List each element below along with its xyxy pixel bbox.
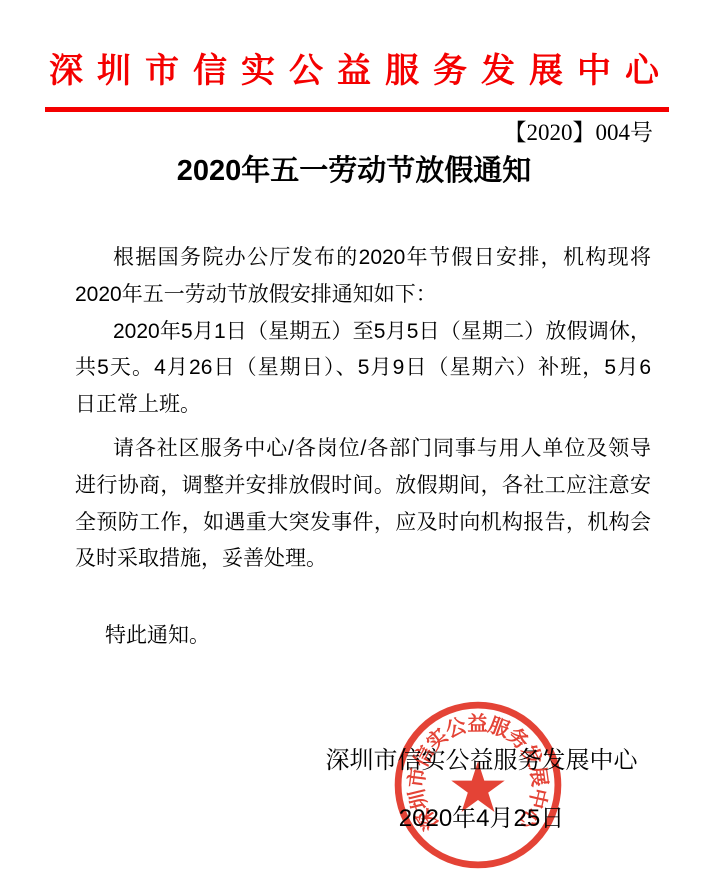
body-line: 及时采取措施，妥善处理。 bbox=[75, 541, 651, 578]
notice-body: 根据国务院办公厅发布的2020年节假日安排，机构现将 2020年五一劳动节放假安… bbox=[75, 240, 651, 655]
body-closing-phrase: 特此通知。 bbox=[75, 618, 651, 655]
notice-title: 2020年五一劳动节放假通知 bbox=[0, 153, 708, 189]
doc-number: 【2020】004号 bbox=[504, 119, 654, 147]
letterhead-divider-rule bbox=[45, 107, 669, 112]
body-line: 日正常上班。 bbox=[75, 387, 651, 424]
signature-date: 2020年4月25日 bbox=[310, 802, 653, 836]
body-line: 请各社区服务中心/各岗位/各部门同事与用人单位及领导 bbox=[75, 431, 651, 468]
body-line: 全预防工作，如遇重大突发事件，应及时向机构报告，机构会 bbox=[75, 505, 651, 542]
body-line: 根据国务院办公厅发布的2020年节假日安排，机构现将 bbox=[75, 240, 651, 277]
letterhead-org-name: 深圳市信实公益服务发展中心 bbox=[0, 52, 708, 92]
signature-org-name: 深圳市信实公益服务发展中心 bbox=[310, 744, 653, 778]
body-line: 进行协商，调整并安排放假时间。放假期间，各社工应注意安 bbox=[75, 468, 651, 505]
body-line: 共5天。4月26日（星期日）、5月9日（星期六）补班，5月6 bbox=[75, 350, 651, 387]
notice-document-page: 深圳市信实公益服务发展中心 【2020】004号 2020年五一劳动节放假通知 … bbox=[0, 0, 708, 882]
body-line: 2020年五一劳动节放假安排通知如下： bbox=[75, 277, 651, 314]
body-line: 2020年5月1日（星期五）至5月5日（星期二）放假调休， bbox=[75, 314, 651, 351]
signature-block: 深圳市信实公益服务发展中心 2020年4月25日 bbox=[310, 744, 653, 836]
